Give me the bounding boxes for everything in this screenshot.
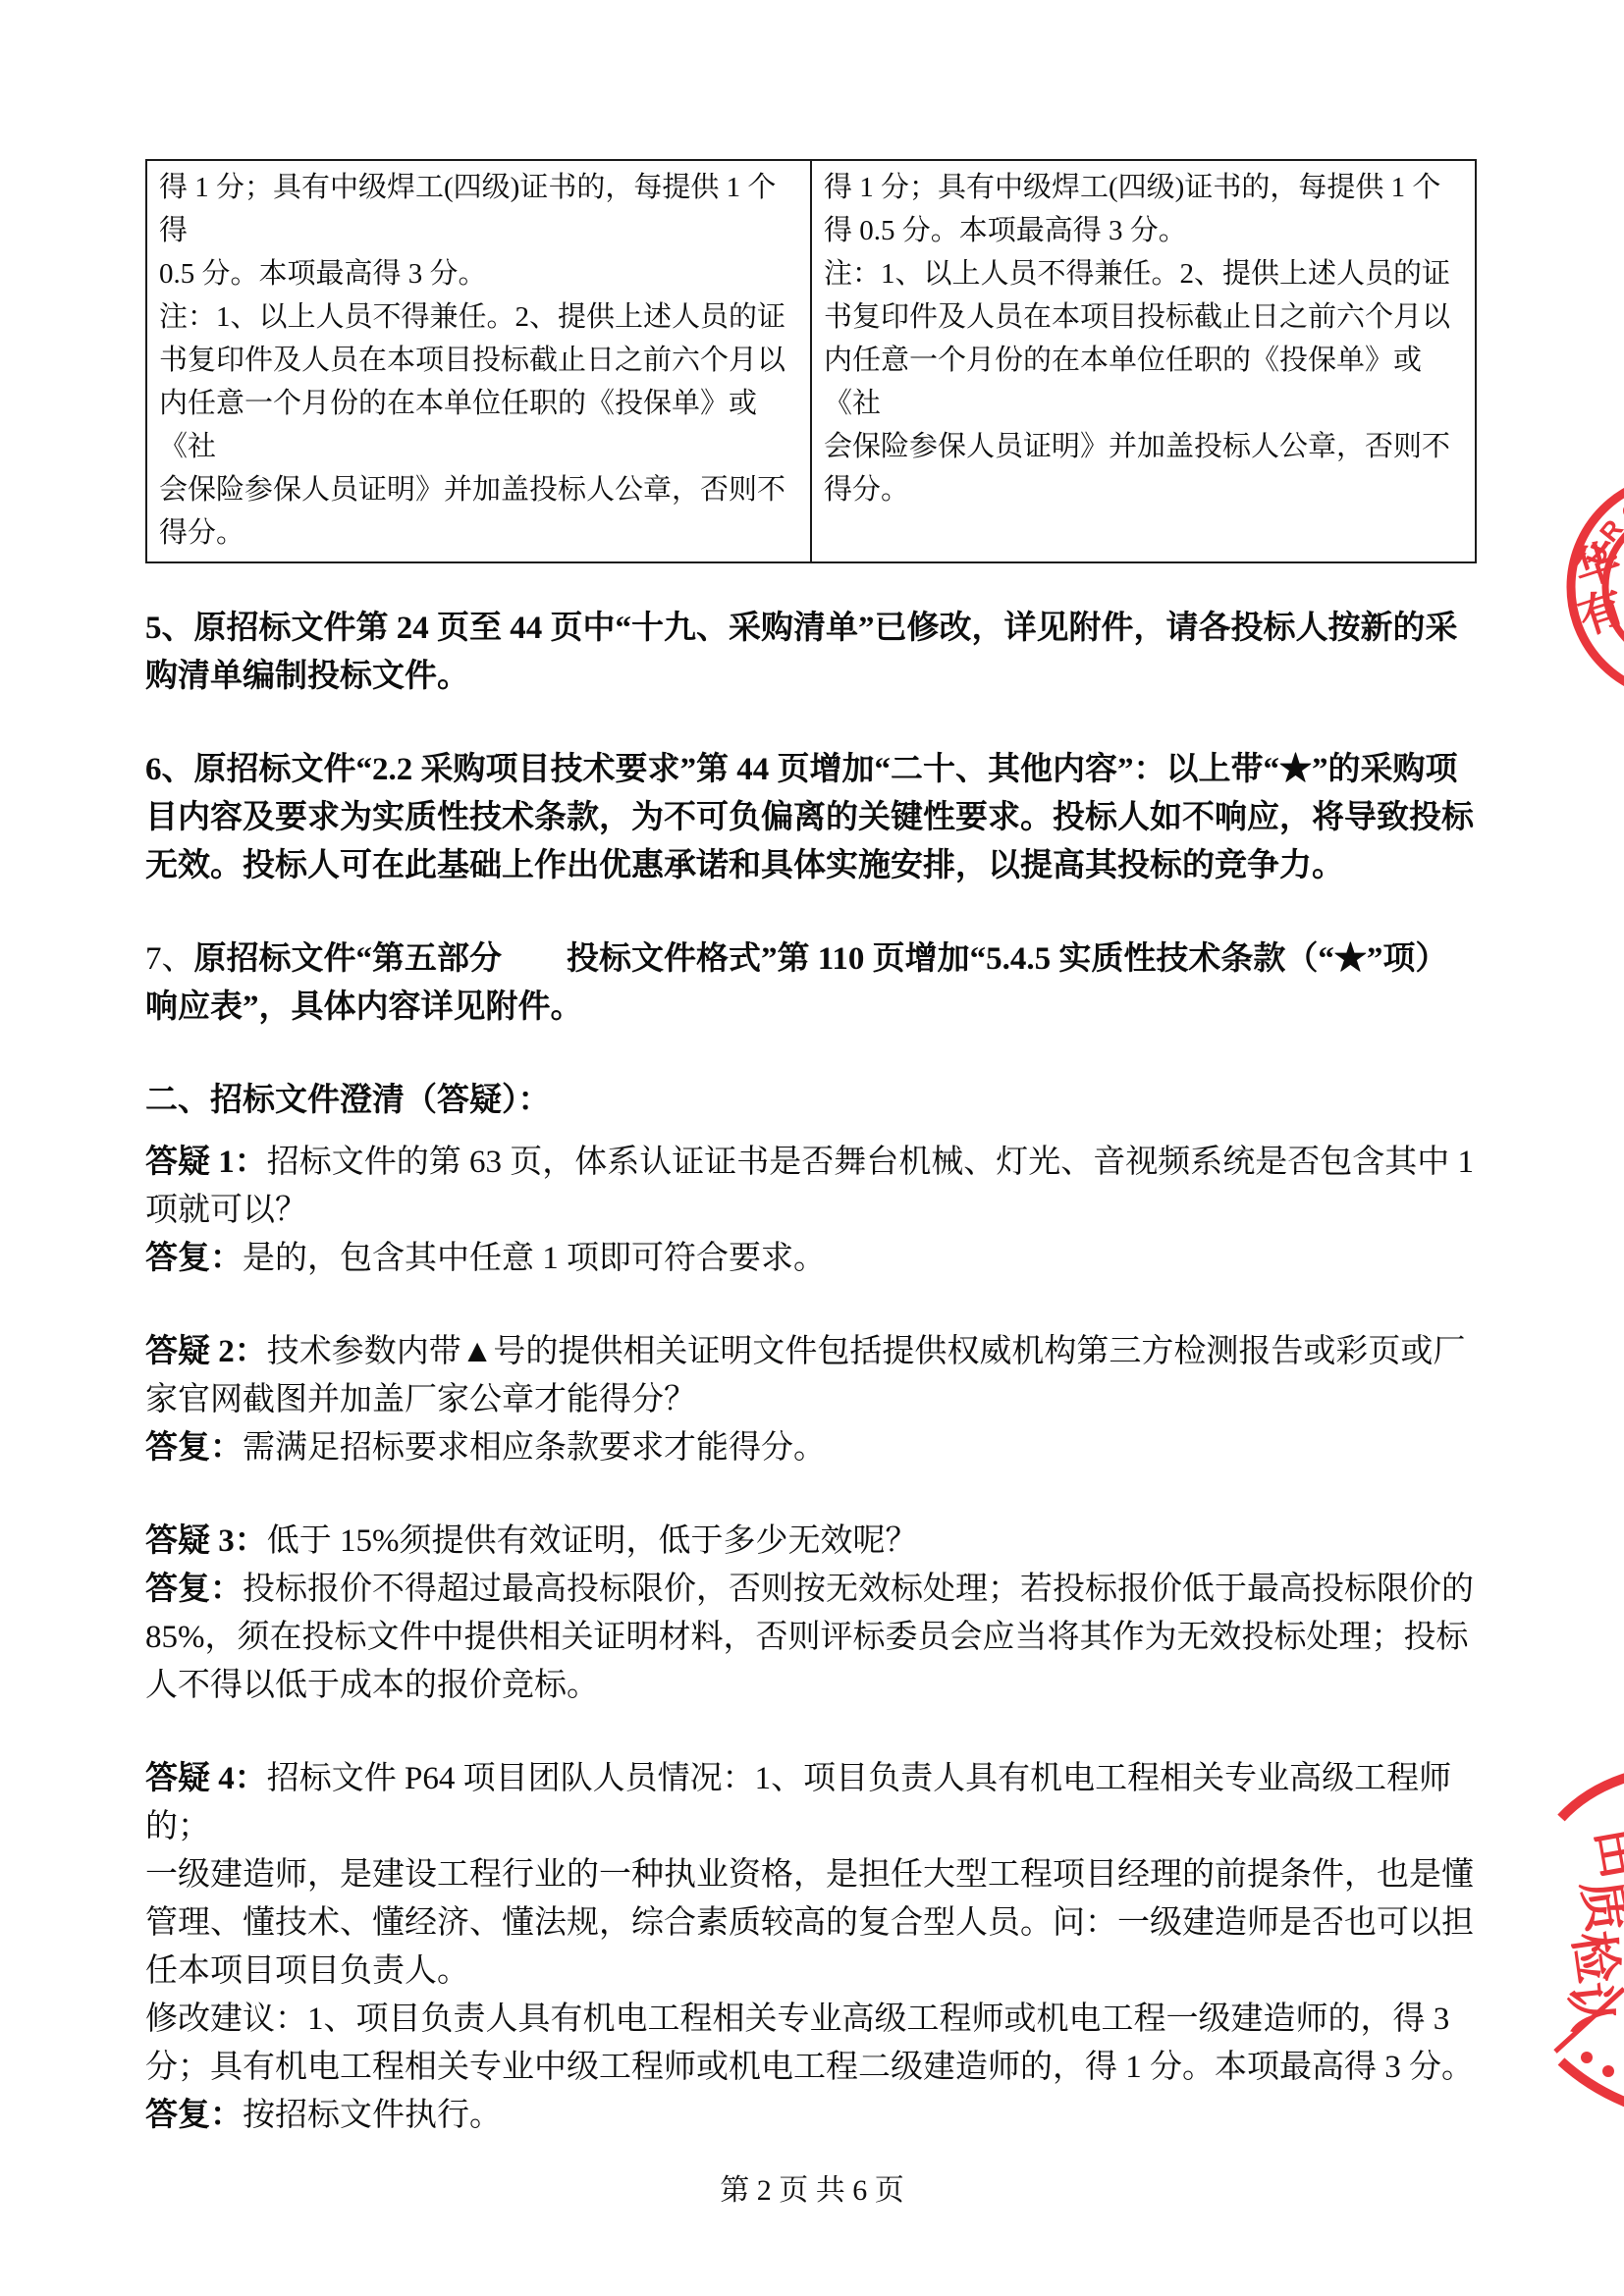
qa-1-answer-label: 答复： — [145, 1241, 243, 1276]
seal-bottom-arc — [1561, 2061, 1624, 2120]
table-row: 得 1 分；具有中级焊工(四级)证书的，每提供 1 个得 0.5 分。本项最高得… — [146, 160, 1476, 562]
red-seal-top: U R C C H 华 有 — [1517, 440, 1624, 734]
qa-3-question-text: 低于 15%须提供有效证明，低于多少无效呢？ — [267, 1523, 918, 1559]
table-cell-right: 得 1 分；具有中级焊工(四级)证书的，每提供 1 个 得 0.5 分。本项最高… — [811, 160, 1476, 562]
seal-ring-letter-u: U — [1581, 541, 1615, 569]
qa-1-answer: 答复：是的，包含其中任意 1 项即可符合要求。 — [145, 1235, 1477, 1283]
qa-2-question: 答疑 2：技术参数内带▲号的提供相关证明文件包括提供权威机构第三方检测报告或彩页… — [145, 1328, 1477, 1424]
qa-4-answer-text: 按招标文件执行。 — [243, 2098, 502, 2133]
amendment-item-7: 7、原招标文件“第五部分 投标文件格式”第 110 页增加“5.4.5 实质性技… — [145, 935, 1477, 1032]
qa-4-answer: 答复：按招标文件执行。 — [145, 2092, 1477, 2140]
seal-ink-dot — [1602, 2065, 1614, 2077]
scoring-criteria-table: 得 1 分；具有中级焊工(四级)证书的，每提供 1 个得 0.5 分。本项最高得… — [145, 159, 1477, 563]
qa-block-2: 答疑 2：技术参数内带▲号的提供相关证明文件包括提供权威机构第三方检测报告或彩页… — [145, 1328, 1477, 1472]
qa-2-answer: 答复：需满足招标要求相应条款要求才能得分。 — [145, 1424, 1477, 1472]
seal-ink-dot — [1581, 2052, 1593, 2063]
qa-3-question: 答疑 3：低于 15%须提供有效证明，低于多少无效呢？ — [145, 1518, 1477, 1566]
qa-3-answer-label: 答复： — [145, 1572, 243, 1607]
seal-char-1: 田 — [1585, 1823, 1624, 1883]
qa-2-question-text: 技术参数内带▲号的提供相关证明文件包括提供权威机构第三方检测报告或彩页或厂家官网… — [145, 1334, 1465, 1417]
qa-4-question-label: 答疑 4： — [145, 1761, 267, 1796]
qa-4-answer-label: 答复： — [145, 2098, 243, 2133]
seal-char-3: 检 — [1563, 1928, 1624, 1987]
amendment-item-7-number: 7、 — [145, 941, 194, 977]
table-cell-left: 得 1 分；具有中级焊工(四级)证书的，每提供 1 个得 0.5 分。本项最高得… — [146, 160, 811, 562]
seal-diagonal-stroke — [1555, 1989, 1624, 2052]
amendment-item-7-text: 原招标文件“第五部分 投标文件格式”第 110 页增加“5.4.5 实质性技术条… — [145, 941, 1447, 1025]
page-footer: 第 2 页 共 6 页 — [0, 2165, 1624, 2209]
qa-3-answer: 答复：投标报价不得超过最高投标限价，否则按无效标处理；若投标报价低于最高投标限价… — [145, 1566, 1477, 1710]
seal-center-char-you: 有 — [1572, 582, 1624, 644]
qa-4-question-text: 招标文件 P64 项目团队人员情况：1、项目负责人具有机电工程相关专业高级工程师… — [145, 1761, 1474, 2085]
qa-2-question-label: 答疑 2： — [145, 1334, 267, 1369]
qa-1-question-label: 答疑 1： — [145, 1145, 267, 1180]
qa-1-question: 答疑 1：招标文件的第 63 页，体系认证证书是否舞台机械、灯光、音视频系统是否… — [145, 1139, 1477, 1235]
qa-block-4: 答疑 4：招标文件 P64 项目团队人员情况：1、项目负责人具有机电工程相关专业… — [145, 1755, 1477, 2140]
seal-inner-ring — [1605, 511, 1624, 663]
document-page: 得 1 分；具有中级焊工(四级)证书的，每提供 1 个得 0.5 分。本项最高得… — [0, 0, 1624, 2296]
qa-4-question: 答疑 4：招标文件 P64 项目团队人员情况：1、项目负责人具有机电工程相关专业… — [145, 1755, 1477, 2092]
amendment-item-5: 5、原招标文件第 24 页至 44 页中“十九、采购清单”已修改，详见附件，请各… — [145, 605, 1477, 701]
qa-3-answer-text: 投标报价不得超过最高投标限价，否则按无效标处理；若投标报价低于最高投标限价的 8… — [145, 1572, 1474, 1703]
document-content: 得 1 分；具有中级焊工(四级)证书的，每提供 1 个得 0.5 分。本项最高得… — [145, 159, 1477, 2140]
qa-block-1: 答疑 1：招标文件的第 63 页，体系认证证书是否舞台机械、灯光、音视频系统是否… — [145, 1139, 1477, 1283]
seal-char-2: 质 — [1572, 1877, 1624, 1936]
amendment-item-6: 6、原招标文件“2.2 采购项目技术要求”第 44 页增加“二十、其他内容”：以… — [145, 746, 1477, 890]
qa-block-3: 答疑 3：低于 15%须提供有效证明，低于多少无效呢？ 答复：投标报价不得超过最… — [145, 1518, 1477, 1710]
seal-center-char-hua: 华 — [1568, 534, 1624, 596]
seal-ring-letter-r: R — [1594, 514, 1624, 548]
seal-ring-letter-c: C — [1616, 495, 1624, 530]
qa-3-question-label: 答疑 3： — [145, 1523, 267, 1559]
qa-2-answer-label: 答复： — [145, 1430, 243, 1466]
qa-1-question-text: 招标文件的第 63 页，体系认证证书是否舞台机械、灯光、音视频系统是否包含其中 … — [145, 1145, 1474, 1228]
seal-char-4: 认 — [1558, 1980, 1619, 2037]
red-seal-bottom: 田 质 检 认 — [1502, 1747, 1624, 2140]
qa-2-answer-text: 需满足招标要求相应条款要求才能得分。 — [243, 1430, 826, 1466]
section-2-title: 二、招标文件澄清（答疑）： — [145, 1077, 1477, 1125]
seal-outer-ring — [1571, 477, 1624, 697]
qa-1-answer-text: 是的，包含其中任意 1 项即可符合要求。 — [243, 1241, 826, 1276]
seal-top-arc — [1561, 1767, 1624, 1818]
